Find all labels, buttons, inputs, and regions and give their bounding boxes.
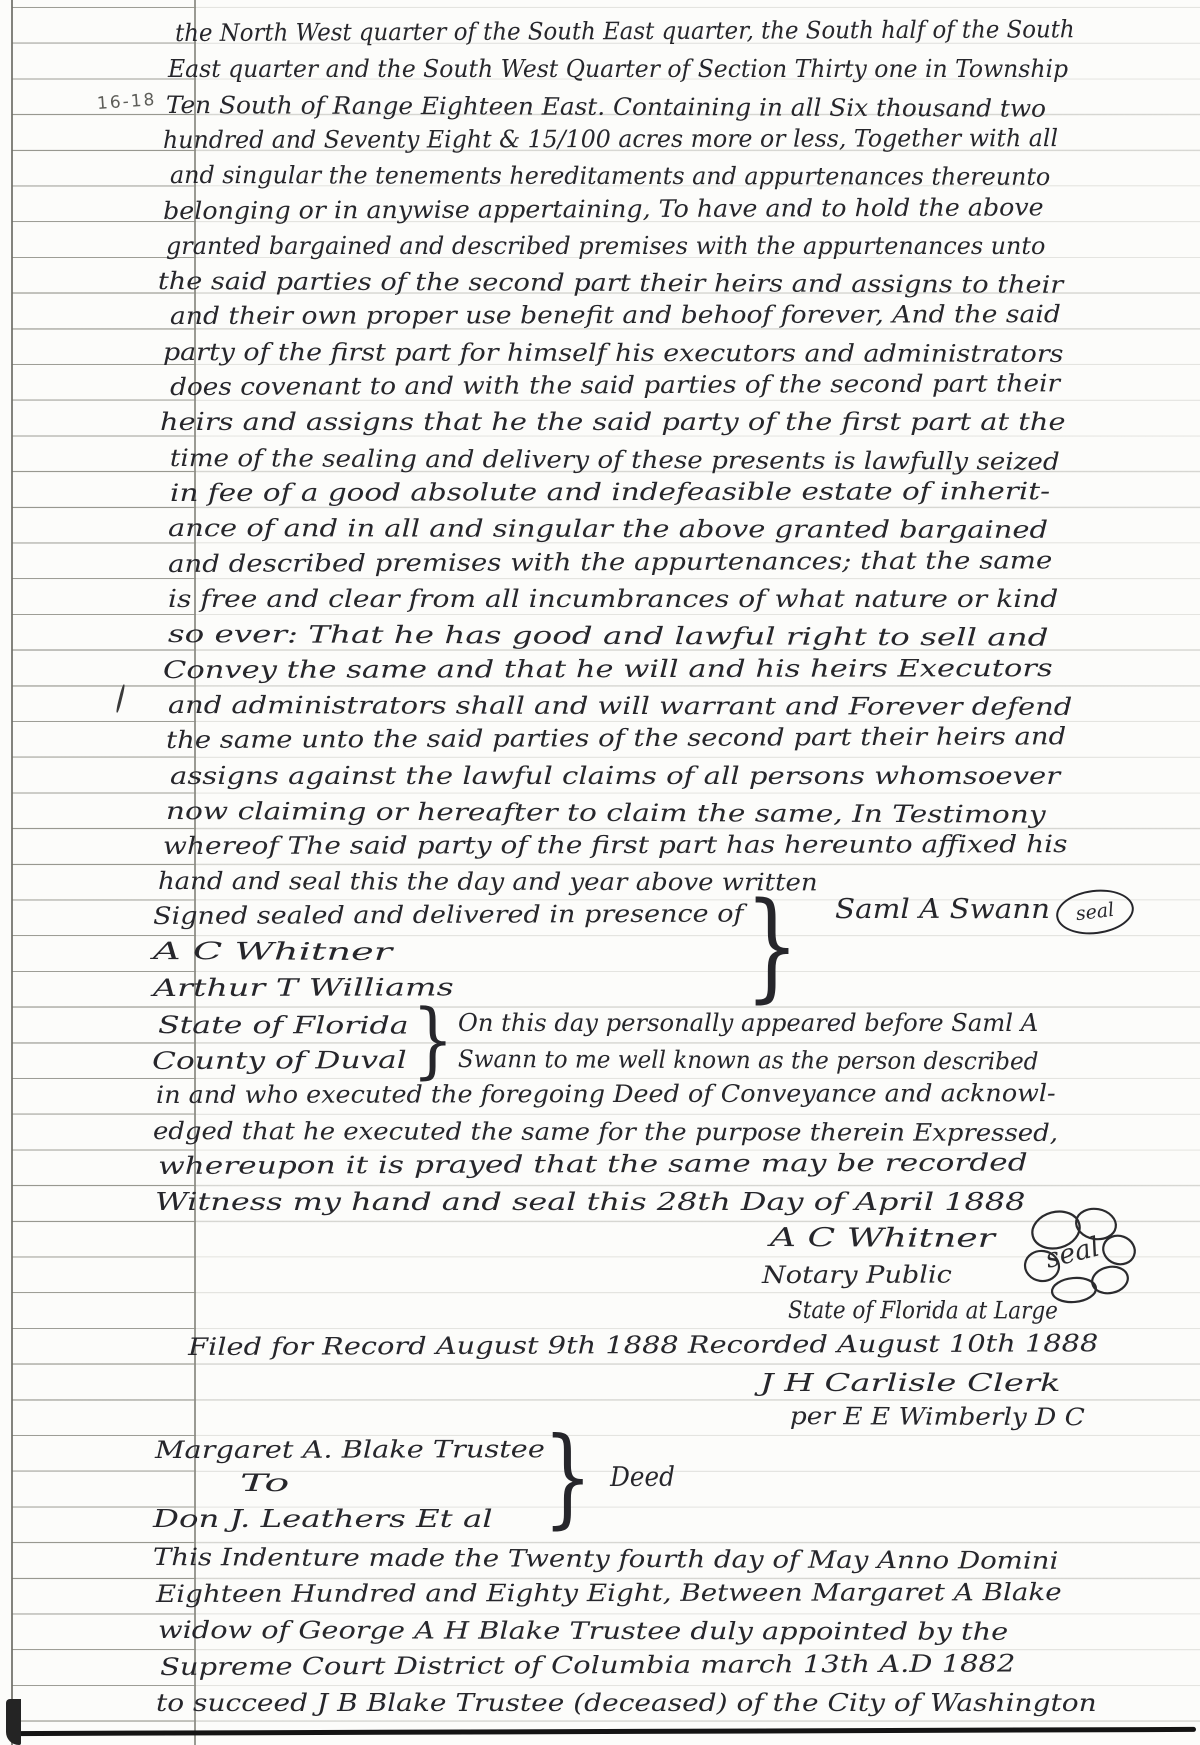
handwritten-line: and described premises with the appurten… xyxy=(168,543,1052,581)
handwritten-line: so ever: That he has good and lawful rig… xyxy=(168,617,1049,655)
notary-signature: A C Whitner xyxy=(770,1221,995,1256)
notary-title: Notary Public xyxy=(762,1258,952,1292)
handwritten-line: heirs and assigns that he the said party… xyxy=(160,405,1066,439)
handwritten-line: widow of George A H Blake Trustee duly a… xyxy=(158,1613,1008,1649)
handwritten-line: and administrators shall and will warran… xyxy=(168,688,1072,724)
handwritten-line: hand and seal this the day and year abov… xyxy=(158,864,818,899)
grantor-signature: Saml A Swann xyxy=(835,893,1050,927)
grantor-seal-label: seal xyxy=(1075,899,1116,926)
handwritten-line: Witness my hand and seal this 28th Day o… xyxy=(155,1185,1025,1219)
handwritten-line: To xyxy=(240,1466,289,1500)
handwritten-line: East quarter and the South West Quarter … xyxy=(168,52,1068,86)
handwritten-line: Swann to me well known as the person des… xyxy=(458,1042,1039,1078)
venue-brace: } xyxy=(412,1000,454,1082)
venue-county: County of Duval xyxy=(152,1043,407,1078)
handwritten-line: and their own proper use benefit and beh… xyxy=(170,297,1061,333)
instrument-type: Deed xyxy=(610,1461,675,1495)
handwritten-line: and singular the tenements hereditaments… xyxy=(170,158,1050,194)
handwritten-line: Ten South of Range Eighteen East. Contai… xyxy=(166,88,1046,126)
handwritten-line: in and who executed the foregoing Deed o… xyxy=(156,1076,1056,1112)
handwritten-line: whereupon it is prayed that the same may… xyxy=(158,1145,1028,1183)
handwritten-line: the same unto the said parties of the se… xyxy=(166,719,1066,757)
handwritten-line: party of the first part for himself his … xyxy=(163,335,1064,371)
handwritten-line: This Indenture made the Twenty fourth da… xyxy=(153,1540,1059,1578)
handwritten-line: time of the sealing and delivery of thes… xyxy=(170,441,1060,479)
handwritten-line: in fee of a good absolute and indefeasib… xyxy=(170,474,1050,510)
handwritten-line: the said parties of the second part thei… xyxy=(158,264,1063,302)
witness-signature-1: A C Whitner xyxy=(153,934,392,969)
handwritten-line: belonging or in anywise appertaining, To… xyxy=(163,190,1044,228)
deputy-clerk-signature: per E E Wimberly D C xyxy=(790,1399,1085,1434)
notary-seal-doodle: seal xyxy=(1016,1204,1140,1306)
handwritten-line: to succeed J B Blake Trustee (deceased) … xyxy=(156,1686,1097,1720)
binding-corner xyxy=(6,1699,21,1745)
handwritten-line: Convey the same and that he will and his… xyxy=(163,651,1053,687)
witness-signature-2: Arthur T Williams xyxy=(153,970,454,1005)
handwritten-line: assigns against the lawful claims of all… xyxy=(170,759,1060,793)
handwritten-line: whereof The said party of the first part… xyxy=(163,827,1067,863)
party-grantor: Margaret A. Blake Trustee xyxy=(155,1432,545,1467)
scanned-deed-page: 16-18 the North West quarter of the Sout… xyxy=(0,0,1200,1745)
attestation-clause: Signed sealed and delivered in presence … xyxy=(153,897,744,933)
handwritten-line: Eighteen Hundred and Eighty Eight, Betwe… xyxy=(156,1575,1062,1611)
venue-state: State of Florida xyxy=(158,1008,409,1043)
handwriting-layer: the North West quarter of the South East… xyxy=(0,0,1200,1745)
handwritten-line: hundred and Seventy Eight & 15/100 acres… xyxy=(163,121,1058,157)
party-grantee: Don J. Leathers Et al xyxy=(153,1502,493,1536)
handwritten-line: the North West quarter of the South East… xyxy=(175,12,1075,50)
handwritten-line: ance of and in all and singular the abov… xyxy=(168,511,1048,547)
handwritten-line: Supreme Court District of Columbia march… xyxy=(160,1646,1015,1684)
attestation-brace: } xyxy=(745,886,799,1004)
handwritten-line: granted bargained and described premises… xyxy=(166,229,1045,263)
handwritten-line: now claiming or hereafter to claim the s… xyxy=(166,794,1046,832)
handwritten-line: does covenant to and with the said parti… xyxy=(170,366,1060,404)
handwritten-line: is free and clear from all incumbrances … xyxy=(168,582,1058,616)
clerk-signature: J H Carlisle Clerk xyxy=(760,1366,1060,1400)
filing-record: Filed for Record August 9th 1888 Recorde… xyxy=(188,1326,1098,1364)
handwritten-line: edged that he executed the same for the … xyxy=(153,1114,1058,1150)
caption-brace: } xyxy=(543,1424,592,1532)
notary-seal-label: seal xyxy=(1042,1232,1102,1275)
